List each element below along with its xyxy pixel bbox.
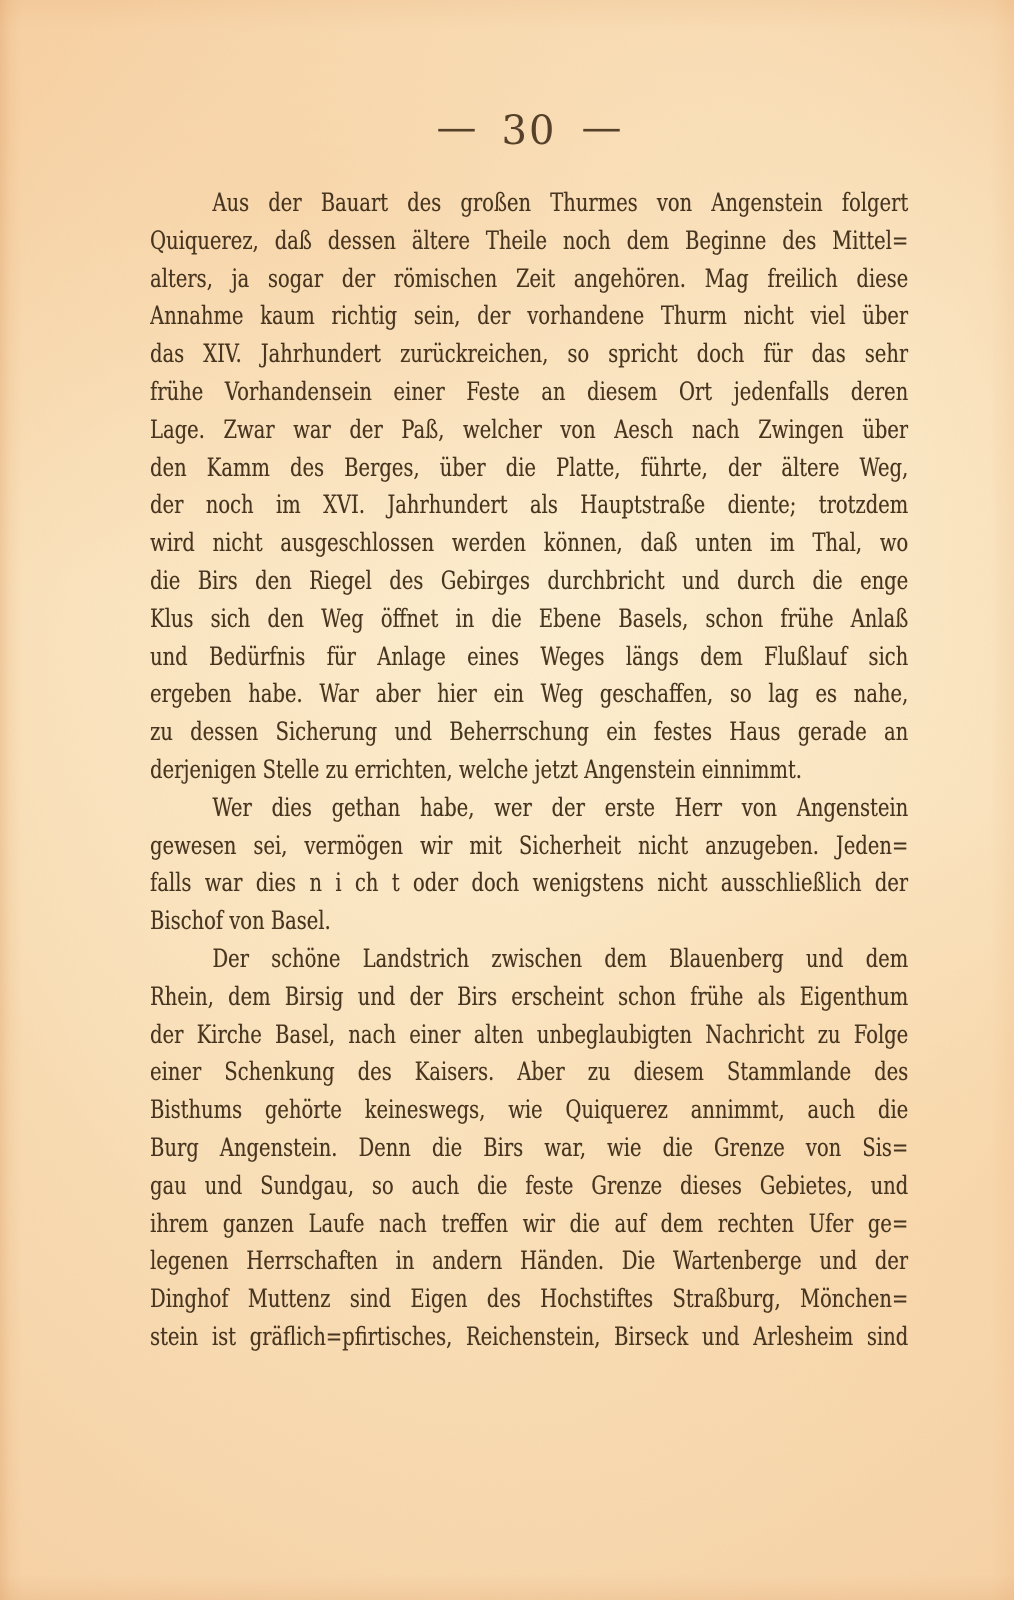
text-line: legenen Herrschaften in andern Händen. D… [150,1242,908,1280]
text-line: Burg Angenstein. Denn die Birs war, wie … [150,1129,908,1167]
text-line: der Kirche Basel, nach einer alten unbeg… [150,1016,908,1054]
text-line: Bisthums gehörte keineswegs, wie Quiquer… [150,1091,908,1129]
text-line: zu dessen Sicherung und Beherrschung ein… [150,713,908,751]
text-line: Lage. Zwar war der Paß, welcher von Aesc… [150,411,908,449]
text-line: den Kamm des Berges, über die Platte, fü… [150,449,908,487]
text-line: und Bedürfnis für Anlage eines Weges län… [150,638,908,676]
text-line: einer Schenkung des Kaisers. Aber zu die… [150,1053,908,1091]
text-line: ergeben habe. War aber hier ein Weg gesc… [150,675,908,713]
header-dash-left: — [437,105,477,151]
text-line: stein ist gräflich=pfirtisches, Reichens… [150,1318,908,1356]
text-line: derjenigen Stelle zu errichten, welche j… [150,751,908,789]
text-line: die Birs den Riegel des Gebirges durchbr… [150,562,908,600]
text-line: Bischof von Basel. [150,902,908,940]
text-line: Rhein, dem Birsig und der Birs erscheint… [150,978,908,1016]
page-number: 30 [502,108,557,154]
book-page: —30— Aus der Bauart des großen Thurmes v… [0,0,1014,1600]
text-line: gewesen sei, vermögen wir mit Sicherheit… [150,827,908,865]
text-line: Wer dies gethan habe, wer der erste Herr… [150,789,908,827]
text-line: Klus sich den Weg öffnet in die Ebene Ba… [150,600,908,638]
text-line: der noch im XVI. Jahrhundert als Hauptst… [150,486,908,524]
text-line: Aus der Bauart des großen Thurmes von An… [150,184,908,222]
paragraph-2: Wer dies gethan habe, wer der erste Herr… [150,789,908,940]
text-line: Der schöne Landstrich zwischen dem Blaue… [150,940,908,978]
text-line: ihrem ganzen Laufe nach treffen wir die … [150,1205,908,1243]
paragraph-3: Der schöne Landstrich zwischen dem Blaue… [150,940,908,1356]
text-line: das XIV. Jahrhundert zurückreichen, so s… [150,335,908,373]
text-line: Quiquerez, daß dessen ältere Theile noch… [150,222,908,260]
text-line: alters, ja sogar der römischen Zeit ange… [150,260,908,298]
text-line: Annahme kaum richtig sein, der vorhanden… [150,297,908,335]
text-line: falls war dies n i ch t oder doch wenigs… [150,864,908,902]
page-header: —30— [150,108,908,154]
text-line: frühe Vorhandensein einer Feste an diese… [150,373,908,411]
text-line: Dinghof Muttenz sind Eigen des Hochstift… [150,1280,908,1318]
text-line: gau und Sundgau, so auch die feste Grenz… [150,1167,908,1205]
body-text: Aus der Bauart des großen Thurmes von An… [150,184,908,1356]
text-line: wird nicht ausgeschlossen werden können,… [150,524,908,562]
paragraph-1: Aus der Bauart des großen Thurmes von An… [150,184,908,789]
header-dash-right: — [581,105,621,151]
